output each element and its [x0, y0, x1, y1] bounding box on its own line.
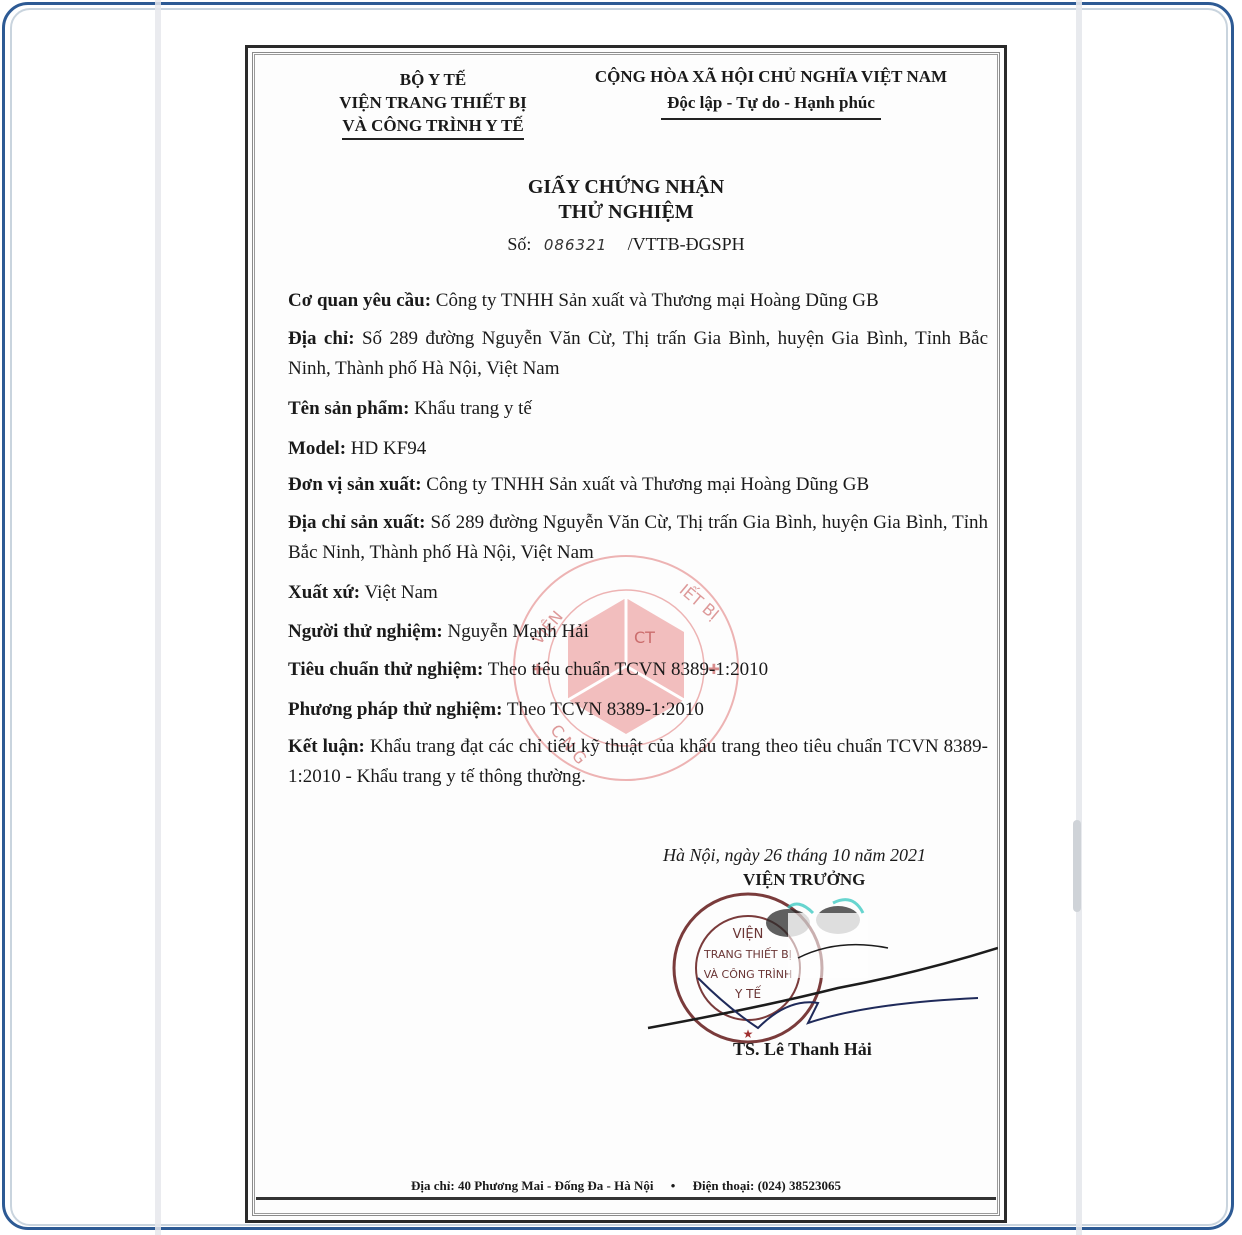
field-label: Người thử nghiệm:: [288, 621, 443, 642]
field-requesting-agency: Cơ quan yêu cầu: Công ty TNHH Sản xuất v…: [288, 286, 988, 316]
field-value: Nguyễn Mạnh Hải: [447, 621, 588, 642]
field-value: Theo tiêu chuẩn TCVN 8389-1:2010: [488, 659, 768, 680]
field-label: Địa chỉ sản xuất:: [288, 512, 425, 533]
field-product-name: Tên sản phẩm: Khẩu trang y tế: [288, 394, 988, 424]
svg-text:VÀ CÔNG TRÌNH: VÀ CÔNG TRÌNH: [704, 968, 793, 981]
field-manufacturer: Đơn vị sản xuất: Công ty TNHH Sản xuất v…: [288, 470, 988, 500]
field-test-standard: Tiêu chuẩn thử nghiệm: Theo tiêu chuẩn T…: [288, 655, 988, 685]
field-origin: Xuất xứ: Việt Nam: [288, 578, 988, 608]
footer-separator: •: [671, 1178, 676, 1193]
field-label: Kết luận:: [288, 736, 365, 757]
official-stamp-icon: VIỆN TRANG THIẾT BỊ VÀ CÔNG TRÌNH Y TẾ ★: [668, 888, 828, 1048]
field-value: Công ty TNHH Sản xuất và Thương mại Hoàn…: [426, 474, 869, 495]
number-label: Số:: [507, 234, 531, 254]
number-suffix: /VTTB-ĐGSPH: [628, 234, 745, 254]
field-value: Số 289 đường Nguyễn Văn Cừ, Thị trấn Gia…: [288, 328, 988, 379]
page-footer: Địa chỉ: 40 Phương Mai - Đống Đa - Hà Nộ…: [248, 1178, 1004, 1194]
document-subtitle: THỬ NGHIỆM: [248, 201, 1004, 224]
national-header: CỘNG HÒA XÃ HỘI CHỦ NGHĨA VIỆT NAM Độc l…: [566, 64, 976, 120]
guide-line-left: [155, 0, 161, 1235]
field-label: Phương pháp thử nghiệm:: [288, 699, 502, 720]
field-label: Tiêu chuẩn thử nghiệm:: [288, 659, 483, 680]
country-name: CỘNG HÒA XÃ HỘI CHỦ NGHĨA VIỆT NAM: [566, 64, 976, 90]
svg-text:VIỆN: VIỆN: [733, 926, 764, 942]
svg-text:Y TẾ: Y TẾ: [734, 985, 761, 1001]
certificate-number: Số: 086321 /VTTB-ĐGSPH: [248, 234, 1004, 255]
footer-phone: Điện thoại: (024) 38523065: [693, 1178, 841, 1193]
field-label: Cơ quan yêu cầu:: [288, 290, 431, 311]
field-tester: Người thử nghiệm: Nguyễn Mạnh Hải: [288, 617, 988, 647]
number-handwritten: 086321: [544, 236, 607, 254]
field-label: Model:: [288, 438, 346, 459]
field-value: Theo TCVN 8389-1:2010: [507, 699, 704, 720]
field-address: Địa chỉ: Số 289 đường Nguyễn Văn Cừ, Thị…: [288, 324, 988, 384]
institute-name-1: VIỆN TRANG THIẾT BỊ: [308, 91, 558, 114]
field-test-method: Phương pháp thử nghiệm: Theo TCVN 8389-1…: [288, 695, 988, 725]
certificate-page: BỘ Y TẾ VIỆN TRANG THIẾT BỊ VÀ CÔNG TRÌN…: [245, 45, 1007, 1223]
svg-text:TRANG THIẾT BỊ: TRANG THIẾT BỊ: [703, 947, 792, 961]
field-label: Xuất xứ:: [288, 582, 360, 603]
signature-icon: [638, 878, 998, 1048]
signer-name: TS. Lê Thanh Hải: [733, 1039, 872, 1060]
field-value: HD KF94: [351, 438, 426, 459]
footer-rule: [256, 1197, 996, 1200]
field-label: Đơn vị sản xuất:: [288, 474, 422, 495]
field-value: Công ty TNHH Sản xuất và Thương mại Hoàn…: [436, 290, 879, 311]
field-value: Khẩu trang đạt các chỉ tiêu kỹ thuật của…: [288, 736, 988, 787]
field-value: Việt Nam: [365, 582, 438, 603]
ministry-name: BỘ Y TẾ: [308, 68, 558, 91]
document-title: GIẤY CHỨNG NHẬN: [248, 176, 1004, 199]
field-model: Model: HD KF94: [288, 434, 988, 464]
footer-address: Địa chỉ: 40 Phương Mai - Đống Đa - Hà Nộ…: [411, 1178, 654, 1193]
national-motto: Độc lập - Tự do - Hạnh phúc: [661, 90, 881, 120]
signer-role: VIỆN TRƯỞNG: [743, 870, 865, 890]
issuer-header: BỘ Y TẾ VIỆN TRANG THIẾT BỊ VÀ CÔNG TRÌN…: [308, 68, 558, 140]
field-manufacturing-address: Địa chỉ sản xuất: Số 289 đường Nguyễn Vă…: [288, 508, 988, 568]
field-label: Địa chỉ:: [288, 328, 355, 349]
scrollbar-thumb[interactable]: [1073, 820, 1081, 912]
field-conclusion: Kết luận: Khẩu trang đạt các chỉ tiêu kỹ…: [288, 732, 988, 792]
field-label: Tên sản phẩm:: [288, 398, 409, 419]
field-value: Khẩu trang y tế: [414, 398, 532, 419]
issue-date: Hà Nội, ngày 26 tháng 10 năm 2021: [663, 845, 926, 866]
institute-name-2: VÀ CÔNG TRÌNH Y TẾ: [342, 114, 523, 140]
scrollbar-track[interactable]: [1076, 0, 1082, 1235]
